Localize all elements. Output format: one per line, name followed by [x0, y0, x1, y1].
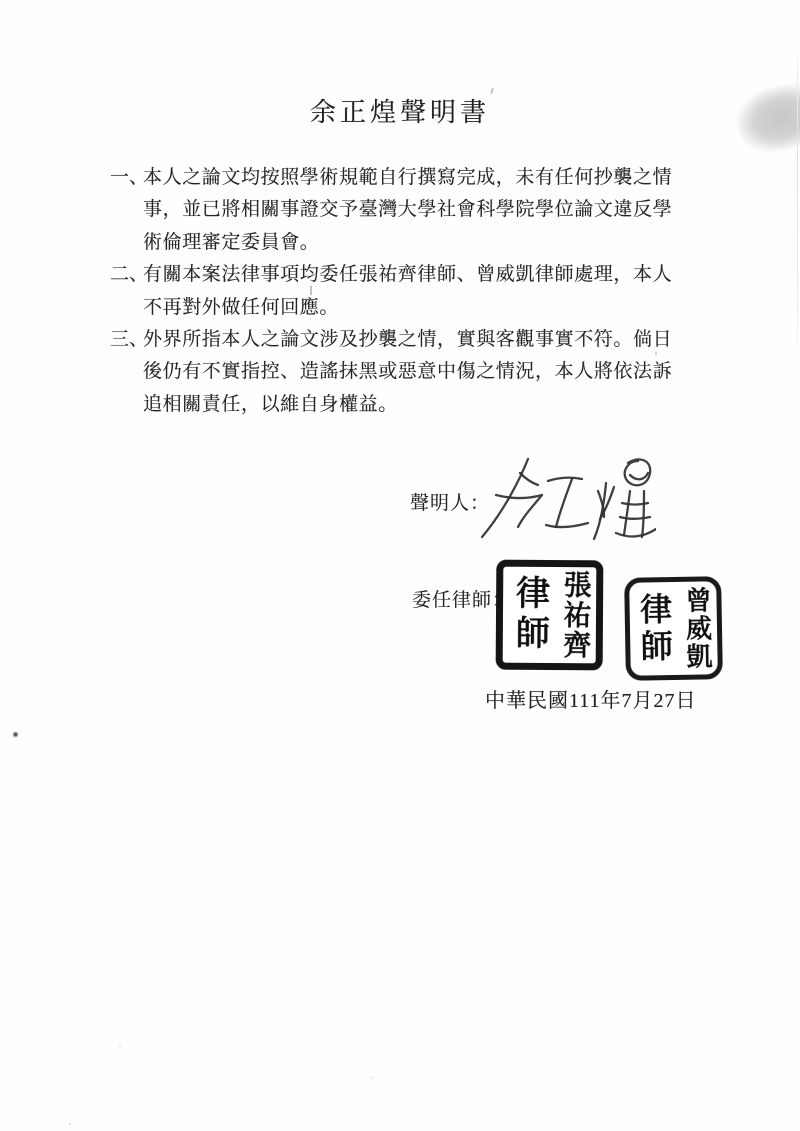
- paragraph-2: 二、有關本案法律事項均委任張祐齊律師、曾威凱律師處理，本人 不再對外做任何回應。: [110, 259, 670, 324]
- body-line: 外界所指本人之論文涉及抄襲之情，實與客觀事實不符。倘日: [143, 329, 672, 350]
- document-date: 中華民國111年7月27日: [485, 684, 697, 713]
- handwritten-signature: [476, 448, 656, 545]
- body-line: 不再對外做任何回應。: [110, 292, 670, 324]
- body-line: 後仍有不實指控、造謠抹黑或惡意中傷之情況，本人將依法訴: [110, 356, 670, 388]
- body-line: 有關本案法律事項均委任張祐齊律師、曾威凱律師處理，本人: [143, 264, 672, 285]
- body-line: 事，並已將相關事證交予臺灣大學社會科學院學位論文違反學: [110, 194, 670, 226]
- seal-column-left: 律師: [631, 584, 679, 674]
- scan-speck: [12, 731, 19, 738]
- list-marker: 二、: [110, 259, 143, 291]
- seal-column-right: 張祐齊: [554, 569, 595, 661]
- signature-strokes-icon: [476, 448, 656, 545]
- body-line: 術倫理審定委員會。: [110, 227, 670, 259]
- seal-column-left: 律師: [504, 569, 554, 661]
- seal-column-right: 曾威凱: [678, 583, 717, 673]
- document-body: 一、本人之論文均按照學術規範自行撰寫完成，未有任何抄襲之情 事，並已將相關事證交…: [110, 162, 670, 421]
- list-marker: 一、: [110, 162, 143, 194]
- attorney-seal-2: 曾威凱 律師: [624, 576, 723, 681]
- list-marker: 三、: [110, 324, 143, 356]
- seal-face: 張祐齊 律師: [503, 567, 597, 664]
- document-title: 余正煌聲明書: [0, 92, 800, 129]
- seal-face: 曾威凱 律師: [629, 581, 718, 676]
- scanned-declaration-page: 余正煌聲明書 一、本人之論文均按照學術規範自行撰寫完成，未有任何抄襲之情 事，並…: [0, 0, 800, 1131]
- paragraph-3: 三、外界所指本人之論文涉及抄襲之情，實與客觀事實不符。倘日 後仍有不實指控、造謠…: [110, 324, 670, 421]
- attorney-seal-1: 張祐齊 律師: [496, 560, 604, 671]
- body-line: 本人之論文均按照學術規範自行撰寫完成，未有任何抄襲之情: [143, 167, 672, 188]
- paragraph-1: 一、本人之論文均按照學術規範自行撰寫完成，未有任何抄襲之情 事，並已將相關事證交…: [110, 162, 670, 259]
- body-line: 追相關責任，以維自身權益。: [110, 389, 670, 421]
